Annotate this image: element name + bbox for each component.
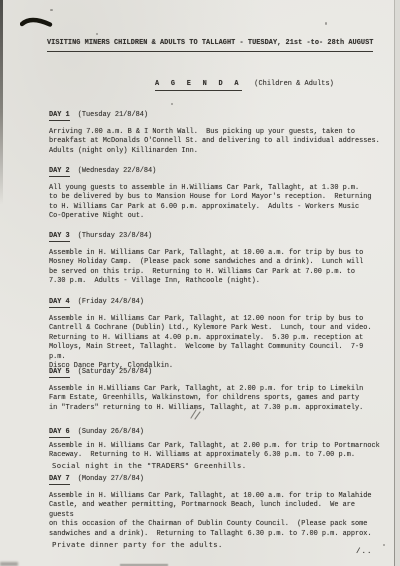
day-6-heading: DAY 6(Sunday 26/8/84) — [49, 428, 376, 437]
day-3-section: DAY 3(Thursday 23/8/84) Assemble in H. W… — [49, 232, 376, 287]
agenda-audience: (Children & Adults) — [254, 80, 334, 88]
day-2-date: (Wednesday 22/8/84) — [78, 167, 157, 175]
day-1-label: DAY 1 — [49, 111, 70, 121]
day-7-heading: DAY 7(Monday 27/8/84) — [49, 475, 376, 484]
day-7-body: Assemble in H. Williams Car Park, Tallag… — [49, 492, 383, 540]
bottom-smudge — [0, 562, 18, 566]
day-6-label: DAY 6 — [49, 428, 70, 438]
scan-speck — [325, 22, 327, 25]
day-4-label: DAY 4 — [49, 298, 70, 308]
scanned-agenda-page: VISITING MINERS CHILDREN & ADULTS TO TAL… — [0, 0, 400, 566]
agenda-label: A G E N D A — [155, 80, 242, 91]
day-4-section: DAY 4(Friday 24/8/84) Assemble in H. Wil… — [49, 298, 376, 372]
day-6-date: (Sunday 26/8/84) — [78, 428, 144, 436]
page-right-edge-strip — [395, 0, 400, 566]
day-3-label: DAY 3 — [49, 232, 70, 242]
day-4-body: Assemble in H. Williams Car Park, Tallag… — [49, 315, 383, 373]
day-7-section: DAY 7(Monday 27/8/84) Assemble in H. Wil… — [49, 475, 376, 549]
day-1-heading: DAY 1(Tuesday 21/8/84) — [49, 111, 376, 120]
scan-speck — [96, 33, 98, 35]
day-5-body: Assemble in H.Williams Car Park, Tallagh… — [49, 385, 383, 414]
scan-speck — [50, 9, 53, 11]
scan-edge-shadow — [0, 0, 3, 205]
day-2-section: DAY 2(Wednesday 22/8/84) All young guest… — [49, 167, 376, 222]
day-1-section: DAY 1(Tuesday 21/8/84) Arriving 7.00 a.m… — [49, 111, 376, 156]
day-4-date: (Friday 24/8/84) — [78, 298, 144, 306]
agenda-heading: A G E N D A(Children & Adults) — [155, 80, 334, 90]
day-5-section: DAY 5(Saturday 25/8/84) Assemble in H.Wi… — [49, 368, 376, 413]
day-3-heading: DAY 3(Thursday 23/8/84) — [49, 232, 376, 241]
day-3-date: (Thursday 23/8/84) — [78, 232, 152, 240]
day-7-note: Private dinner party for the adults. — [52, 540, 376, 549]
day-7-label: DAY 7 — [49, 475, 70, 485]
day-2-body: All young guests to assemble in H.Willia… — [49, 184, 383, 222]
day-5-heading: DAY 5(Saturday 25/8/84) — [49, 368, 376, 377]
scan-speck — [171, 103, 173, 105]
day-5-date: (Saturday 25/8/84) — [78, 368, 152, 376]
continuation-mark: /.. — [356, 548, 373, 558]
day-7-date: (Monday 27/8/84) — [78, 475, 144, 483]
day-4-heading: DAY 4(Friday 24/8/84) — [49, 298, 376, 307]
day-3-body: Assemble in H. Williams Car Park, Tallag… — [49, 249, 383, 287]
day-2-heading: DAY 2(Wednesday 22/8/84) — [49, 167, 376, 176]
scan-speck — [383, 544, 385, 546]
day-2-label: DAY 2 — [49, 167, 70, 177]
day-1-body: Arriving 7.00 a.m. B & I North Wall. Bus… — [49, 128, 383, 157]
document-title: VISITING MINERS CHILDREN & ADULTS TO TAL… — [47, 39, 373, 52]
day-1-date: (Tuesday 21/8/84) — [78, 111, 148, 119]
day-6-body: Assemble in H. Williams Car Park, Tallag… — [49, 442, 383, 461]
day-6-note: Social night in the "TRADERS" Greenhills… — [52, 461, 376, 470]
pen-mark — [20, 15, 54, 31]
day-5-label: DAY 5 — [49, 368, 70, 378]
day-6-section: DAY 6(Sunday 26/8/84) Assemble in H. Wil… — [49, 428, 376, 470]
